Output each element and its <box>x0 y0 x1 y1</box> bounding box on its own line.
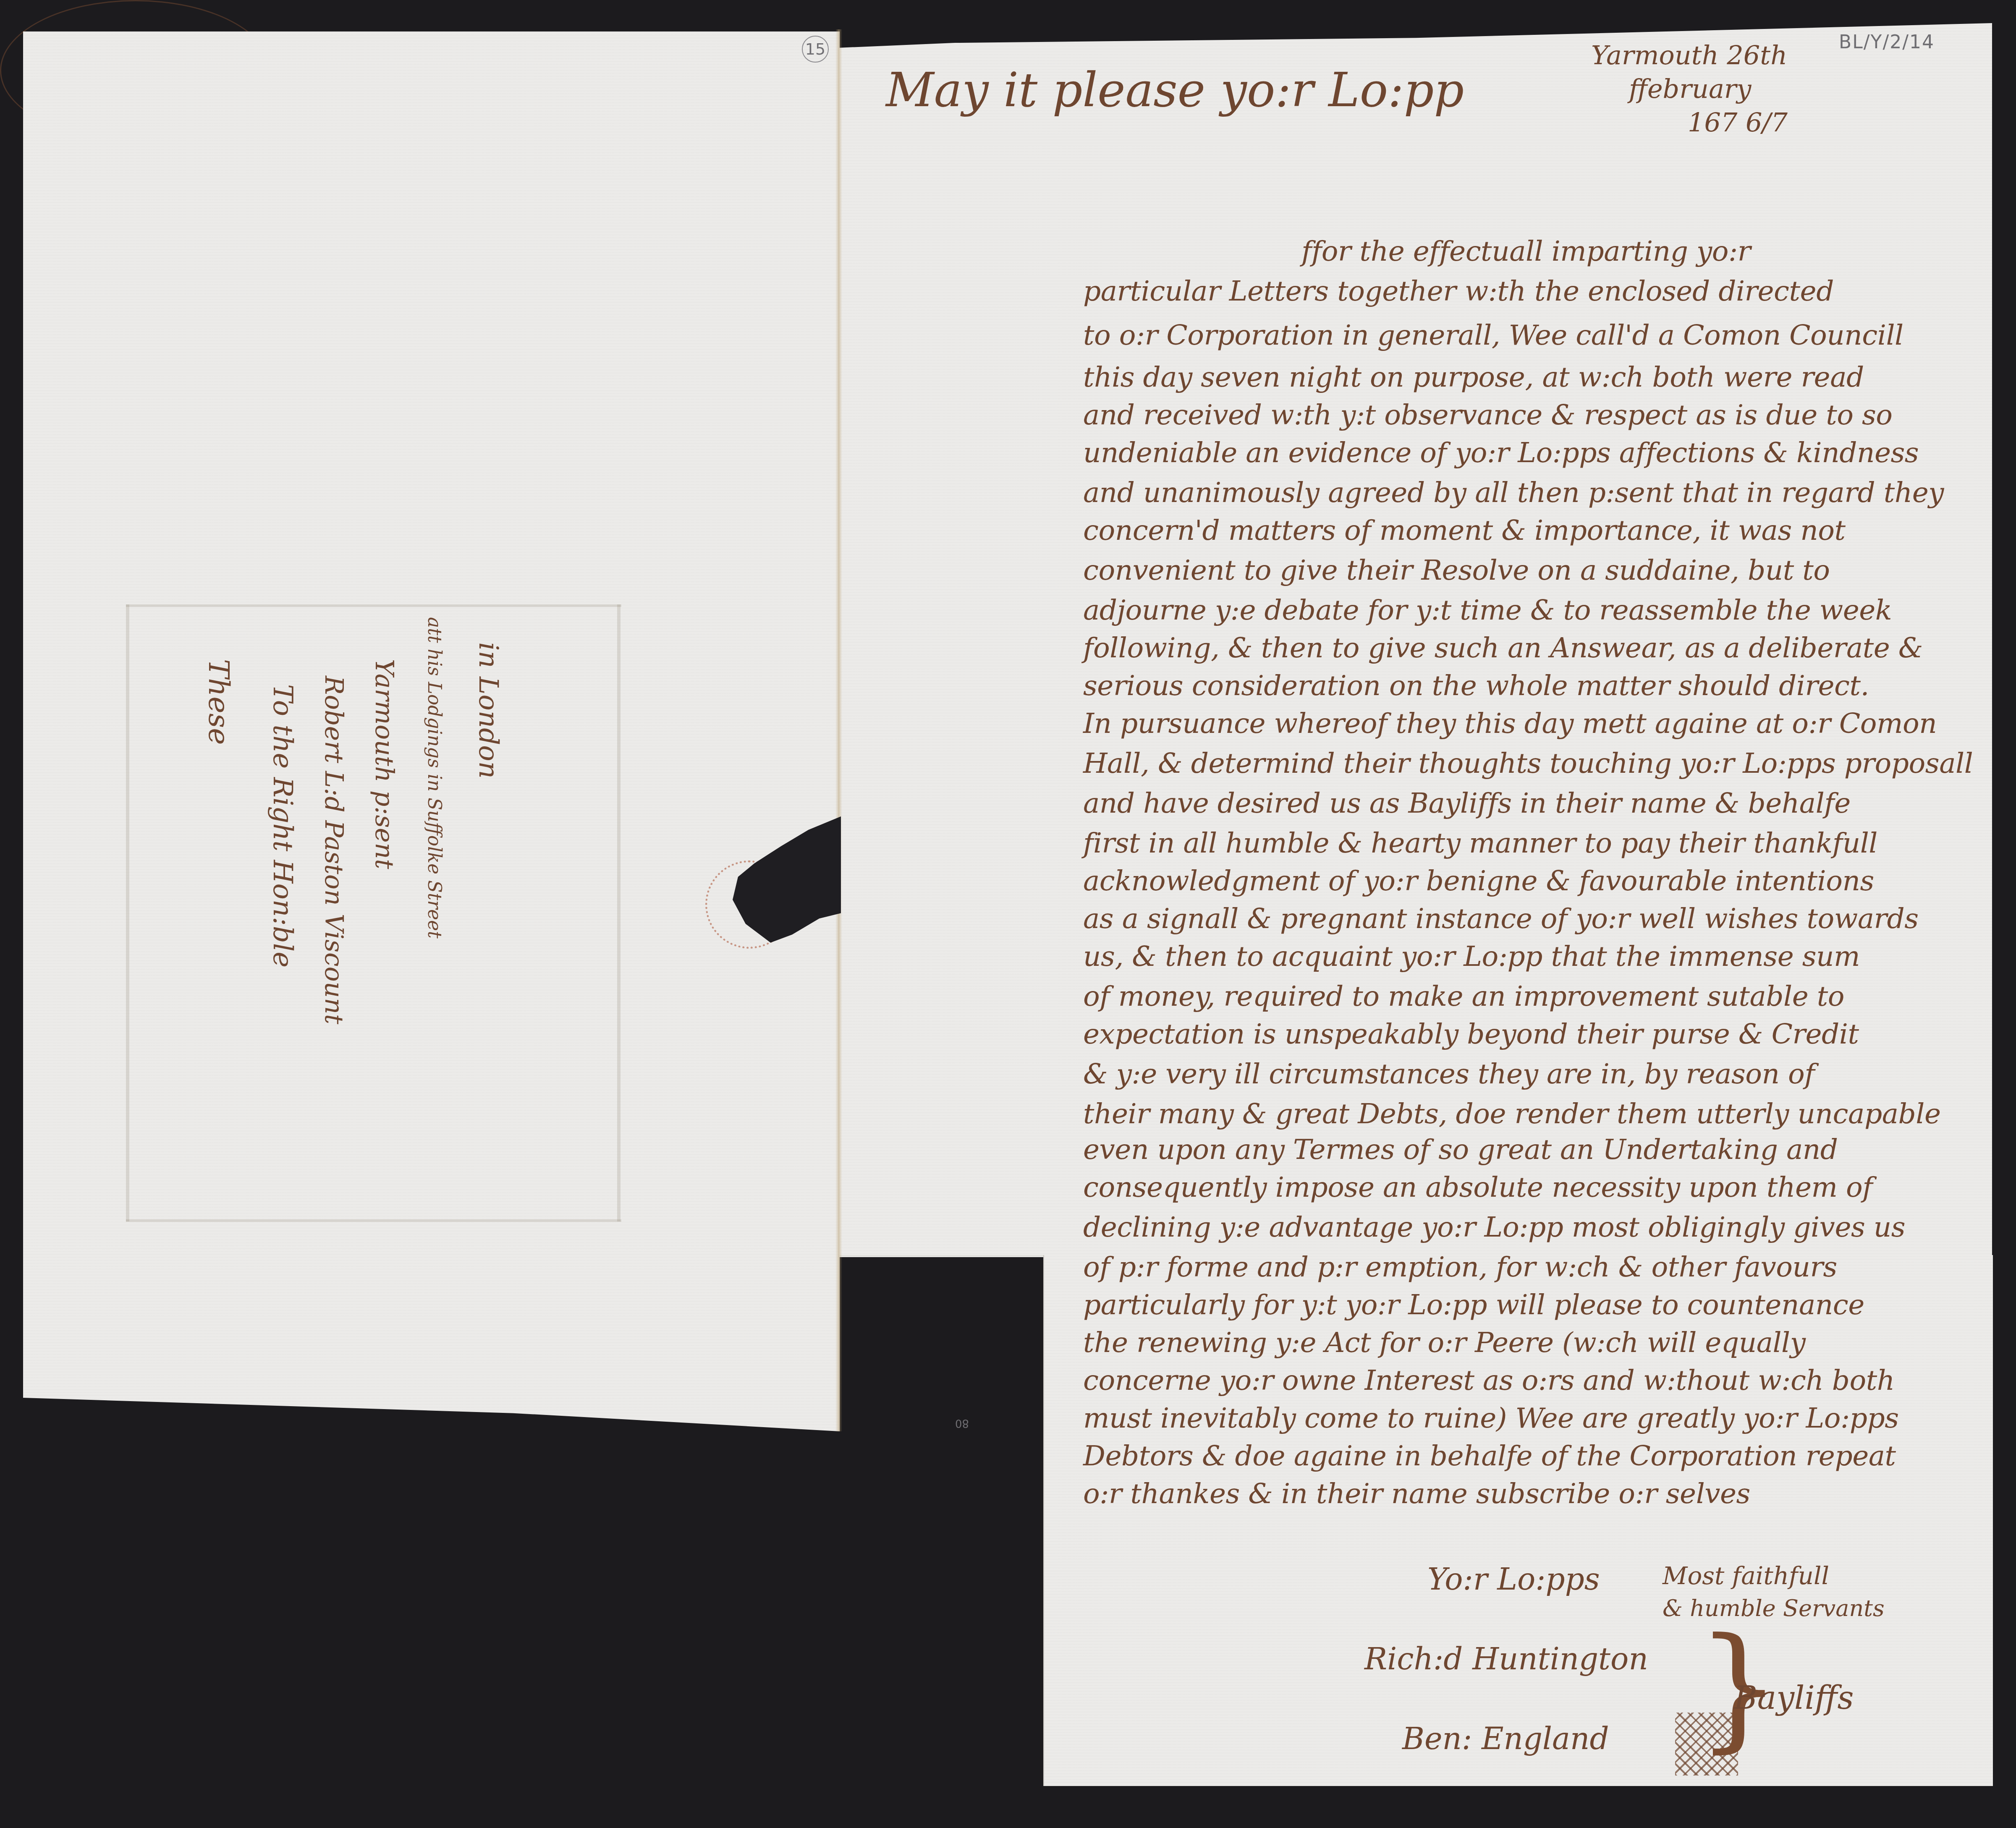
body-line: us, & then to acquaint yo:r Lo:pp that t… <box>1083 940 1860 973</box>
address-panel-crease-top <box>126 604 621 607</box>
address-line: Robert L:d Paston Viscount <box>319 676 348 1024</box>
body-line: expectation is unspeakably beyond their … <box>1083 1018 1859 1050</box>
body-line: as a signall & pregnant instance of yo:r… <box>1083 902 1919 935</box>
salutation: May it please yo:r Lo:pp <box>886 63 1464 118</box>
body-line: ffor the effectuall imparting yo:r <box>1301 235 1751 267</box>
body-line: following, & then to give such an Answea… <box>1083 632 1923 664</box>
folio-number-circled: 15 <box>802 36 829 63</box>
signatory-title: Bayliffs <box>1734 1679 1854 1716</box>
body-line: particularly for y:t yo:r Lo:pp will ple… <box>1083 1289 1864 1321</box>
body-line: adjourne y:e debate for y:t time & to re… <box>1083 594 1892 626</box>
address-line: att his Lodgings in Suffolke Street <box>424 617 445 939</box>
date-place: Yarmouth 26th <box>1591 40 1787 71</box>
body-line: must inevitably come to ruine) Wee are g… <box>1083 1402 1899 1434</box>
body-line: particular Letters together w:th the enc… <box>1083 275 1834 307</box>
signature-england: Ben: England <box>1402 1721 1609 1756</box>
signature-huntington: Rich:d Huntington <box>1364 1641 1648 1676</box>
body-line: to o:r Corporation in generall, Wee call… <box>1083 319 1903 351</box>
body-line: of money, required to make an improvemen… <box>1083 980 1844 1012</box>
address-line: To the Right Hon:ble <box>267 684 298 968</box>
address-line: These <box>202 659 235 745</box>
body-line: acknowledgment of yo:r benigne & favoura… <box>1083 865 1874 897</box>
body-line: undeniable an evidence of yo:r Lo:pps af… <box>1083 437 1919 469</box>
body-line: Debtors & doe againe in behalfe of the C… <box>1083 1440 1896 1472</box>
body-line: & y:e very ill circumstances they are in… <box>1083 1058 1814 1090</box>
body-line: this day seven night on purpose, at w:ch… <box>1083 361 1864 393</box>
body-line: their many & great Debts, doe render the… <box>1083 1098 1940 1130</box>
closing: Yo:r Lo:pps <box>1427 1561 1600 1597</box>
body-line: the renewing y:e Act for o:r Peere (w:ch… <box>1083 1326 1806 1359</box>
body-line: and unanimously agreed by all then p:sen… <box>1083 476 1944 509</box>
body-line: convenient to give their Resolve on a su… <box>1083 554 1830 586</box>
address-line: Yarmouth p:sent <box>369 659 399 869</box>
address-panel-crease-left <box>126 604 129 1221</box>
body-line: consequently impose an absolute necessit… <box>1083 1171 1872 1203</box>
body-line: even upon any Termes of so great an Unde… <box>1083 1133 1838 1166</box>
body-line: first in all humble & hearty manner to p… <box>1083 827 1877 859</box>
address-panel: These To the Right Hon:ble Robert L:d Pa… <box>164 625 584 1205</box>
body-line: serious consideration on the whole matte… <box>1083 669 1869 702</box>
date-month: ffebruary <box>1629 73 1752 104</box>
address-line: in London <box>473 642 504 779</box>
archive-reference: BL/Y/2/14 <box>1839 31 1935 53</box>
closing-phrase: Most faithfull <box>1663 1561 1829 1590</box>
body-line: and have desired us as Bayliffs in their… <box>1083 787 1851 819</box>
body-line: of p:r forme and p:r emption, for w:ch &… <box>1083 1251 1837 1283</box>
body-line: Hall, & determind their thoughts touchin… <box>1083 747 1973 779</box>
body-line: o:r thankes & in their name subscribe o:… <box>1083 1478 1750 1510</box>
date-year: 167 6/7 <box>1688 107 1788 138</box>
central-fold-crease <box>835 29 842 1431</box>
inverted-pencil-mark: 80 <box>955 1417 969 1429</box>
body-line: concern'd matters of moment & importance… <box>1083 514 1846 547</box>
lower-leaf-edge <box>840 1255 1043 1256</box>
body-line: declining y:e advantage yo:r Lo:pp most … <box>1083 1211 1905 1243</box>
body-line: and received w:th y:t observance & respe… <box>1083 399 1893 431</box>
address-panel-crease-right <box>617 604 621 1221</box>
address-panel-crease-bottom <box>126 1219 621 1222</box>
body-line: concerne yo:r owne Interest as o:rs and … <box>1083 1364 1895 1396</box>
body-line: In pursuance whereof they this day mett … <box>1083 707 1937 740</box>
